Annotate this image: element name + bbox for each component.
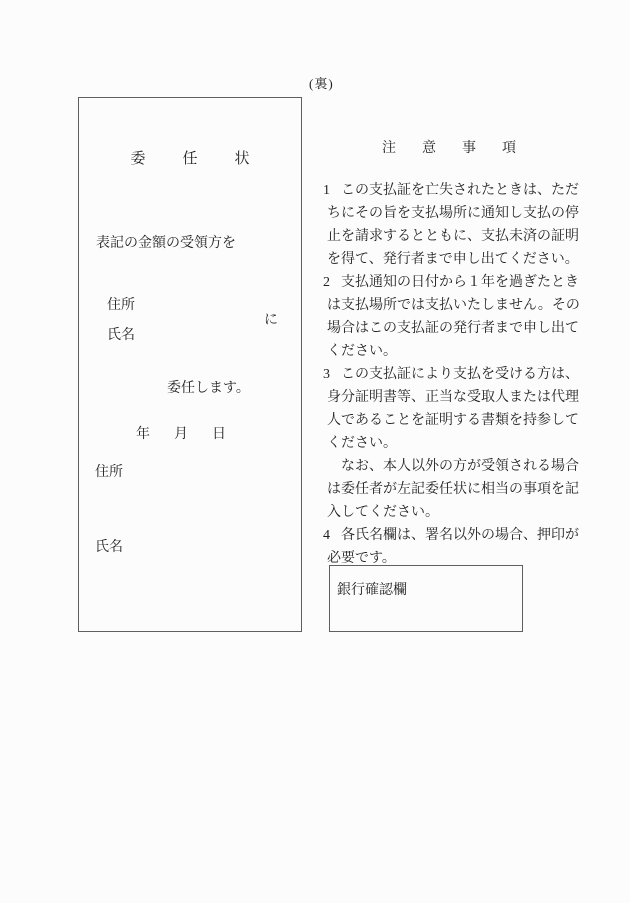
notes-heading: 注 意 事 項 xyxy=(322,137,576,157)
note-line: ください。 xyxy=(322,432,576,455)
proxy-intro-text: 表記の金額の受領方を xyxy=(96,232,236,252)
note-line: 場合はこの支払証の発行者まで申し出て xyxy=(322,317,576,340)
note-item-2: 2支払通知の日付から１年を過ぎたときは支払場所では支払いたしません。その場合はこ… xyxy=(322,271,576,363)
note-line: は支払場所では支払いたしません。その xyxy=(322,294,576,317)
proxy-form-box: 委 任 状 表記の金額の受領方を 住所 に 氏名 委任します。 年 月 日 住所… xyxy=(78,97,302,632)
note-number: 1 xyxy=(322,179,341,202)
note-text: この支払証により支払を受ける方は、 xyxy=(341,367,579,382)
note-text: 支払通知の日付から１年を過ぎたとき xyxy=(341,275,579,290)
note-line: 2支払通知の日付から１年を過ぎたとき xyxy=(322,271,576,294)
note-line: は委任者が左記委任状に相当の事項を記 xyxy=(322,478,576,501)
note-line: なお、本人以外の方が受領される場合 xyxy=(322,455,576,478)
bank-confirmation-label: 銀行確認欄 xyxy=(337,579,407,599)
note-text: この支払証を亡失されたときは、ただ xyxy=(341,183,579,198)
note-line: 1この支払証を亡失されたときは、ただ xyxy=(322,179,576,202)
note-text: 各氏名欄は、署名以外の場合、押印が xyxy=(341,528,579,543)
recipient-name-label: 氏名 xyxy=(107,324,135,344)
note-item-3: 3この支払証により支払を受ける方は、身分証明書等、正当な受取人または代理人である… xyxy=(322,363,576,524)
notes-list: 1この支払証を亡失されたときは、ただちにその旨を支払場所に通知し支払の停止を請求… xyxy=(322,179,576,570)
bank-confirmation-box: 銀行確認欄 xyxy=(329,565,523,632)
note-number: 2 xyxy=(322,271,341,294)
recipient-address-label: 住所 xyxy=(107,294,135,314)
delegation-statement: 委任します。 xyxy=(167,377,250,397)
note-item-1: 1この支払証を亡失されたときは、ただちにその旨を支払場所に通知し支払の停止を請求… xyxy=(322,179,576,271)
note-number: 3 xyxy=(322,363,341,386)
proxy-form-title: 委 任 状 xyxy=(79,147,301,168)
principal-address-label: 住所 xyxy=(95,461,123,481)
note-line: を得て、発行者まで申し出てください。 xyxy=(322,248,576,271)
note-line: 3この支払証により支払を受ける方は、 xyxy=(322,363,576,386)
note-item-4: 4各氏名欄は、署名以外の場合、押印が必要です。 xyxy=(322,524,576,570)
date-line: 年 月 日 xyxy=(136,423,231,443)
note-line: 入してください。 xyxy=(322,501,576,524)
note-line: ちにその旨を支払場所に通知し支払の停 xyxy=(322,202,576,225)
note-line: 止を請求するとともに、支払未済の証明 xyxy=(322,225,576,248)
particle-ni: に xyxy=(264,309,278,329)
page-side-label: (裏) xyxy=(309,73,334,92)
note-number: 4 xyxy=(322,524,341,547)
note-line: 身分証明書等、正当な受取人または代理 xyxy=(322,386,576,409)
note-line: ください。 xyxy=(322,340,576,363)
principal-name-label: 氏名 xyxy=(95,536,123,556)
notes-section: 注 意 事 項 1この支払証を亡失されたときは、ただちにその旨を支払場所に通知し… xyxy=(322,137,576,570)
note-line: 4各氏名欄は、署名以外の場合、押印が xyxy=(322,524,576,547)
note-line: 人であることを証明する書類を持参して xyxy=(322,409,576,432)
